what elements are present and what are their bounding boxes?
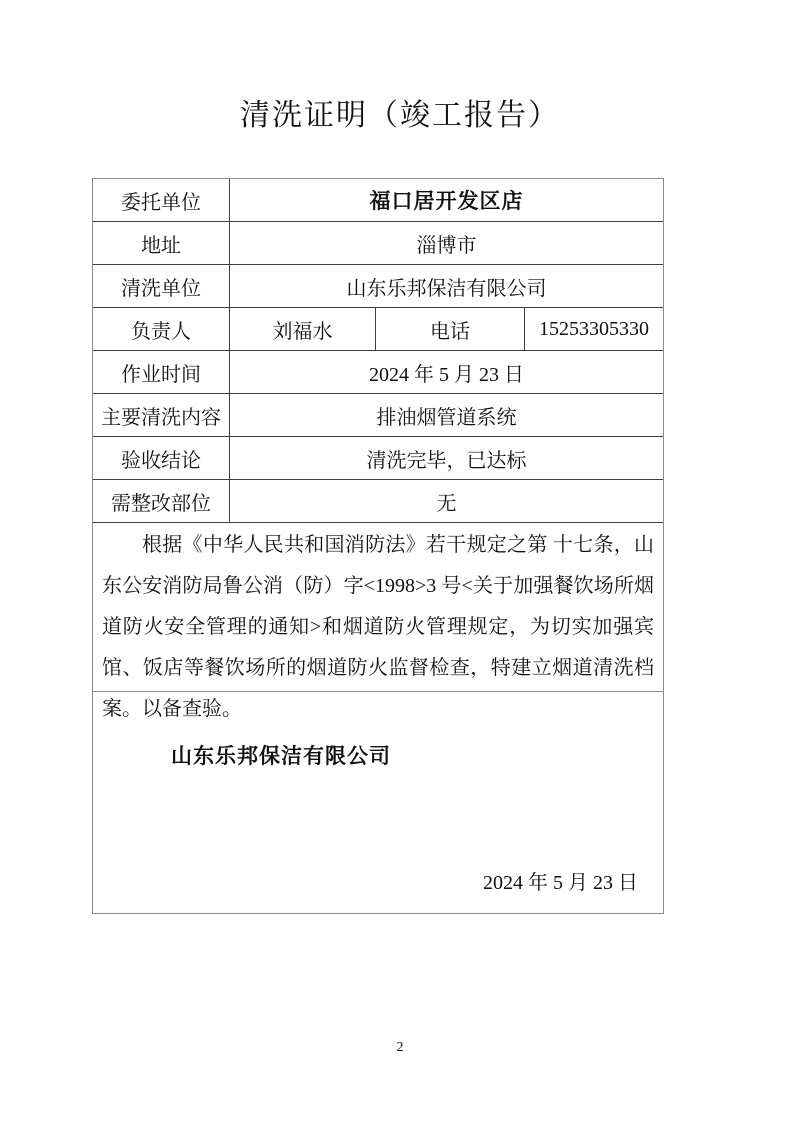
row-label: 作业时间 bbox=[93, 351, 229, 393]
page-number: 2 bbox=[0, 1040, 800, 1056]
row-value: 山东乐邦保洁有限公司 bbox=[229, 265, 663, 307]
row-label: 委托单位 bbox=[93, 179, 229, 221]
row-label: 需整改部位 bbox=[93, 480, 229, 522]
phone-number: 15253305330 bbox=[524, 308, 663, 350]
person-name: 刘福水 bbox=[229, 308, 375, 350]
row-value: 无 bbox=[229, 480, 663, 522]
regulation-notice-cell: 根据《中华人民共和国消防法》若干规定之第 十七条，山东公安消防局鲁公消（防）字<… bbox=[93, 522, 663, 691]
row-value: 排油烟管道系统 bbox=[229, 394, 663, 436]
row-value: 淄博市 bbox=[229, 222, 663, 264]
row-label: 清洗单位 bbox=[93, 265, 229, 307]
row-label: 主要清洗内容 bbox=[93, 394, 229, 436]
phone-label: 电话 bbox=[375, 308, 524, 350]
row-value: 清洗完毕，已达标 bbox=[229, 437, 663, 479]
signature-date: 2024 年 5 月 23 日 bbox=[483, 866, 638, 895]
row-value: 2024 年 5 月 23 日 bbox=[229, 351, 663, 393]
row-label: 地址 bbox=[93, 222, 229, 264]
table-row-address: 地址 淄博市 bbox=[93, 221, 663, 264]
table-row-work-date: 作业时间 2024 年 5 月 23 日 bbox=[93, 350, 663, 393]
row-label: 验收结论 bbox=[93, 437, 229, 479]
table-row-cleaning-company: 清洗单位 山东乐邦保洁有限公司 bbox=[93, 264, 663, 307]
table-row-person-in-charge: 负责人 刘福水 电话 15253305330 bbox=[93, 307, 663, 350]
table-row-rectification: 需整改部位 无 bbox=[93, 479, 663, 522]
signature-company-name: 山东乐邦保洁有限公司 bbox=[171, 740, 391, 770]
table-row-cleaning-content: 主要清洗内容 排油烟管道系统 bbox=[93, 393, 663, 436]
document-title: 清洗证明（竣工报告） bbox=[0, 90, 800, 134]
row-value: 福口居开发区店 bbox=[229, 179, 663, 221]
row-label: 负责人 bbox=[93, 308, 229, 350]
signature-cell: 山东乐邦保洁有限公司 2024 年 5 月 23 日 bbox=[93, 691, 663, 913]
report-table: 委托单位 福口居开发区店 地址 淄博市 清洗单位 山东乐邦保洁有限公司 负责人 … bbox=[92, 178, 664, 914]
table-row-acceptance-conclusion: 验收结论 清洗完毕，已达标 bbox=[93, 436, 663, 479]
table-row-client: 委托单位 福口居开发区店 bbox=[93, 179, 663, 221]
